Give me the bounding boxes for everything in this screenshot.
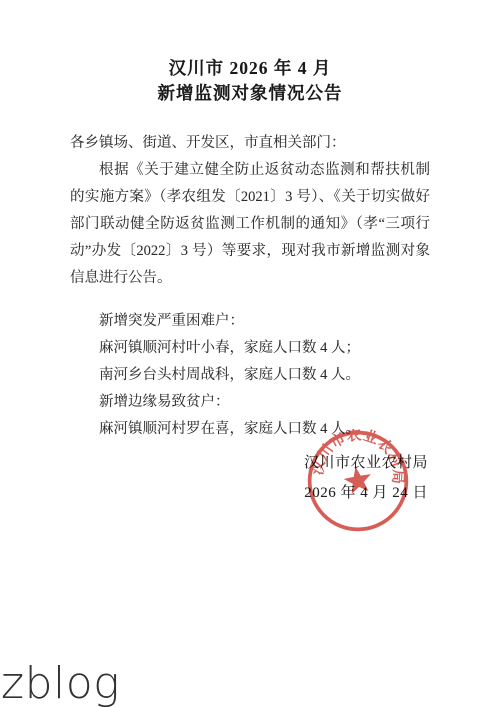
notice-title: 汉川市 2026 年 4 月 新增监测对象情况公告	[0, 56, 500, 106]
signature-org: 汉川市农业农村局	[304, 448, 428, 478]
entry-household: 麻河镇顺河村罗在喜，家庭人口数 4 人。	[70, 416, 430, 443]
salutation-line: 各乡镇场、街道、开发区，市直相关部门：	[70, 130, 430, 157]
signature-block: 汉川市农业农村局 2026 年 4 月 24 日	[304, 448, 428, 508]
scanned-notice-page: 汉川市 2026 年 4 月 新增监测对象情况公告 各乡镇场、街道、开发区，市直…	[0, 0, 500, 707]
notice-title-line2: 新增监测对象情况公告	[0, 81, 500, 106]
notice-body: 各乡镇场、街道、开发区，市直相关部门： 根据《关于建立健全防止返贫动态监测和帮扶…	[70, 130, 430, 443]
notice-title-line1: 汉川市 2026 年 4 月	[0, 56, 500, 81]
watermark-logo: zblog	[1, 662, 120, 706]
entry-household: 麻河镇顺河村叶小春，家庭人口数 4 人；	[70, 335, 430, 362]
entry-household: 南河乡台头村周战科，家庭人口数 4 人。	[70, 362, 430, 389]
body-paragraph: 根据《关于建立健全防止返贫动态监测和帮扶机制的实施方案》（孝农组发〔2021〕3…	[70, 157, 430, 292]
entry-heading-hardship: 新增突发严重困难户：	[70, 308, 430, 335]
entry-heading-marginal: 新增边缘易致贫户：	[70, 389, 430, 416]
signature-date: 2026 年 4 月 24 日	[304, 478, 428, 508]
entry-list: 新增突发严重困难户： 麻河镇顺河村叶小春，家庭人口数 4 人； 南河乡台头村周战…	[70, 308, 430, 443]
